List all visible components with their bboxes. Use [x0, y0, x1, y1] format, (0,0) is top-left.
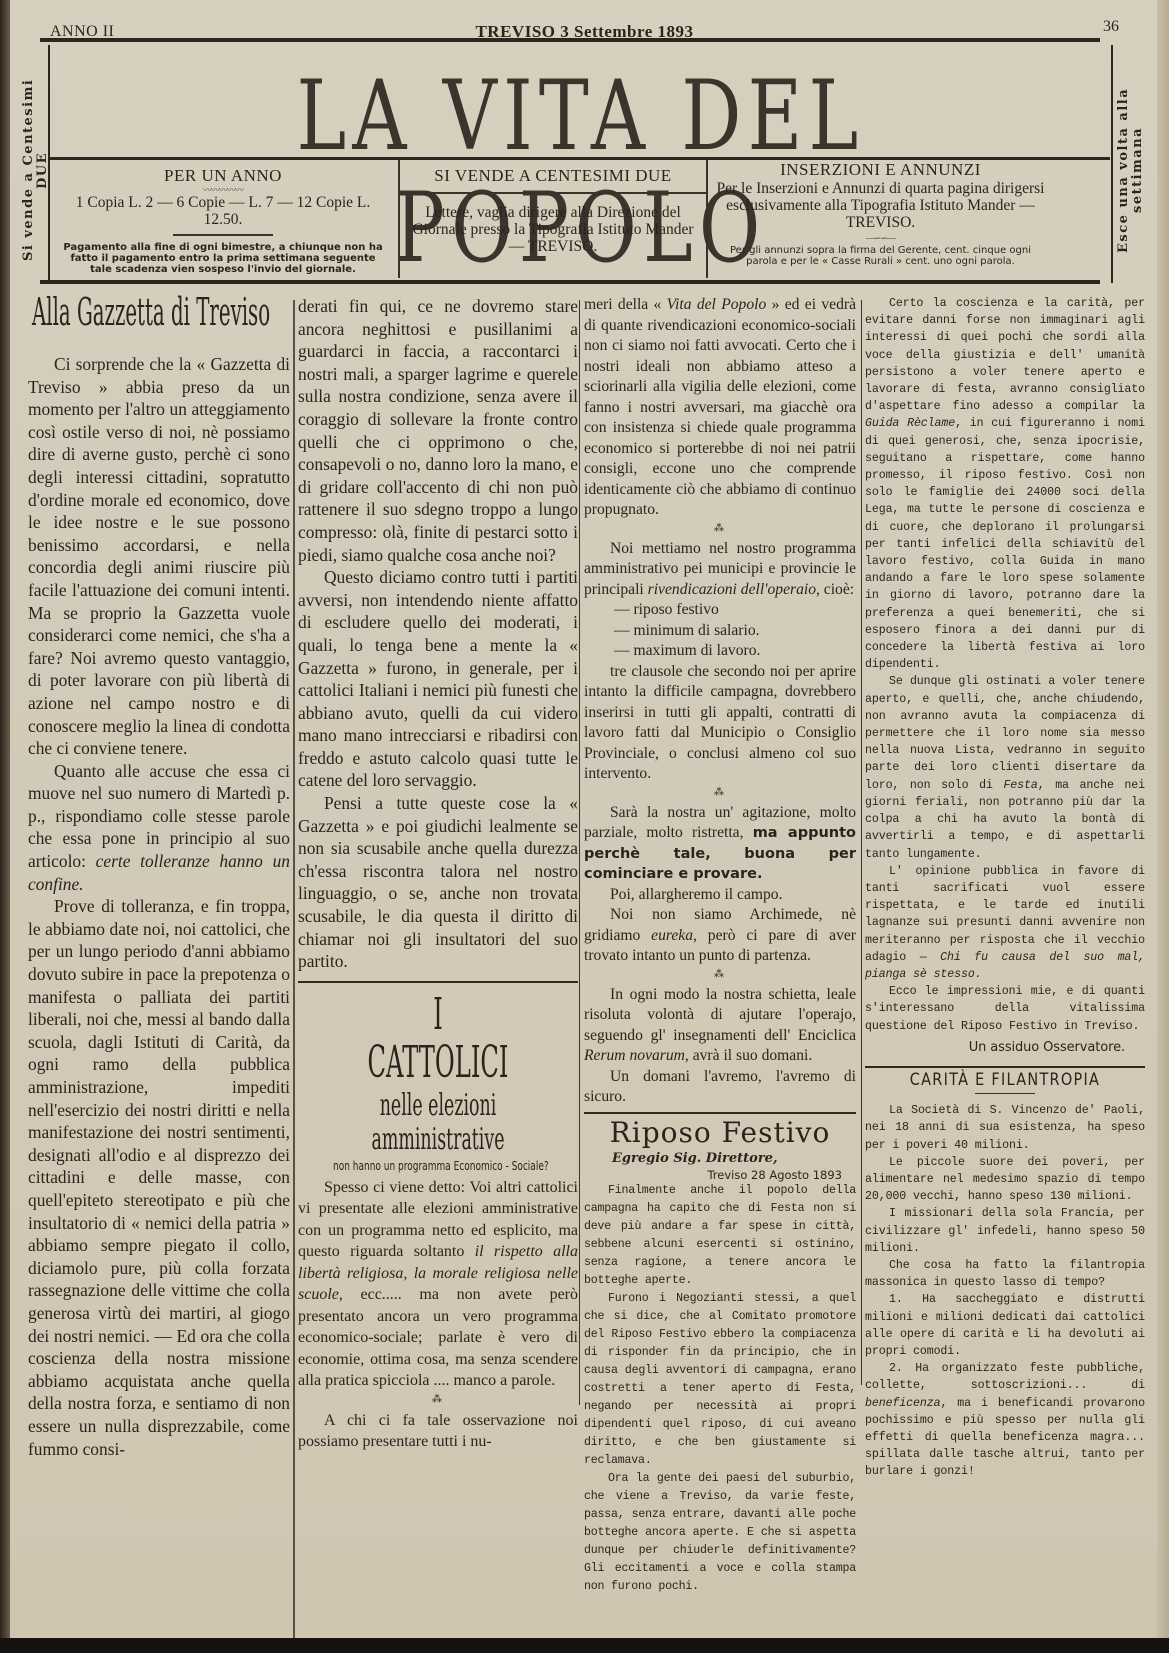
- headline-carita: CARITÀ E FILANTROPIA: [886, 1072, 1124, 1089]
- paragraph: Questo diciamo contro tutti i partiti av…: [298, 566, 578, 792]
- section-rule: [865, 1066, 1145, 1068]
- subscription-prices: 1 Copia L. 2 — 6 Copie — L. 7 — 12 Copie…: [58, 194, 388, 228]
- column-rule: [579, 300, 580, 1405]
- paragraph: 1. Ha saccheggiato e distrutti milioni e…: [865, 1291, 1145, 1360]
- paragraph: Noi non siamo Archimede, nè gridiamo eur…: [584, 905, 856, 967]
- column-3: meri della « Vita del Popolo » ed ei ved…: [584, 295, 856, 1596]
- asterism: ⁂: [584, 525, 856, 533]
- paragraph: I missionari della sola Francia, per civ…: [865, 1205, 1145, 1257]
- paragraph: Furono i Negozianti stessi, a quel che s…: [584, 1290, 856, 1470]
- asterism: ⁂: [298, 1396, 578, 1404]
- paragraph: Prove di tolleranza, e fin troppa, le ab…: [28, 895, 290, 1460]
- subscription-box: PER UN ANNO 〰〰〰〰〰 1 Copia L. 2 — 6 Copie…: [58, 160, 388, 278]
- paragraph: Se dunque gli ostinati a voler tenere ap…: [865, 673, 1145, 862]
- paragraph: Quanto alle accuse che essa ci muove nel…: [28, 760, 290, 896]
- asterism: ⁂: [584, 789, 856, 797]
- top-rule: [40, 38, 1100, 42]
- asterism: ⁂: [584, 971, 856, 979]
- paragraph: Noi mettiamo nel nostro programma ammini…: [584, 539, 856, 601]
- wavy-ornament: 〰〰〰〰〰: [58, 186, 388, 194]
- paragraph: tre clausole che secondo noi per aprire …: [584, 662, 856, 785]
- signature: Un assiduo Osservatore.: [865, 1039, 1145, 1056]
- paragraph: Spesso ci viene detto: Voi altri cattoli…: [298, 1177, 578, 1392]
- kicker: non hanno un programma Economico - Socia…: [333, 1157, 543, 1175]
- divider: [173, 234, 273, 236]
- scan-bottom-edge: [0, 1638, 1169, 1653]
- subscription-note: Pagamento alla fine di ogni bimestre, a …: [58, 242, 388, 275]
- ads-box: INSERZIONI E ANNUNZI Per le Inserzioni e…: [713, 160, 1048, 278]
- subscription-heading: PER UN ANNO: [58, 166, 388, 186]
- price-body: Lettere, vaglia dirigere alla Direzione …: [400, 204, 706, 255]
- masthead-bottom-rule: [40, 280, 1100, 284]
- price-box: SI VENDE A CENTESIMI DUE Lettere, vaglia…: [398, 160, 708, 278]
- newspaper-page: ANNO II TREVISO 3 Settembre 1893 36 Si v…: [10, 0, 1169, 1638]
- headline-gazzetta: Alla Gazzetta di Treviso: [32, 301, 166, 343]
- paragraph: Certo la coscienza e la carità, per evit…: [865, 295, 1145, 673]
- column-4: Certo la coscienza e la carità, per evit…: [865, 295, 1145, 1481]
- list-item: — maximum di lavoro.: [614, 641, 856, 662]
- letter-date: Treviso 28 Agosto 1893: [584, 1168, 856, 1182]
- paragraph: Poi, allargheremo il campo.: [584, 885, 856, 906]
- column-1: Alla Gazzetta di Treviso Ci sorprende ch…: [28, 295, 290, 1460]
- paragraph: Un domani l'avremo, l'avremo di sicuro.: [584, 1067, 856, 1108]
- ads-heading: INSERZIONI E ANNUNZI: [713, 160, 1048, 180]
- riposo-body: Finalmente anche il popolo della campagn…: [584, 1182, 856, 1596]
- section-rule: [298, 981, 578, 983]
- list-item: — minimum di salario.: [614, 621, 856, 642]
- paragraph: 2. Ha organizzato feste pubbliche, colle…: [865, 1360, 1145, 1480]
- ads-body: Per le Inserzioni e Annunzi di quarta pa…: [713, 180, 1048, 231]
- paragraph: Pensi a tutte queste cose la « Gazzetta …: [298, 792, 578, 973]
- section-rule: [584, 1112, 856, 1114]
- column-2: derati fin qui, ce ne dovremo stare anco…: [298, 295, 578, 1453]
- side-label-frequency: Esce una volta alla settimana: [1117, 65, 1147, 275]
- paragraph: Ecco le impressioni mie, e di quanti s'i…: [865, 983, 1145, 1035]
- paragraph: Che cosa ha fatto la filantropia massoni…: [865, 1257, 1145, 1291]
- page-number: 36: [1103, 18, 1119, 36]
- paragraph: In ogni modo la nostra schietta, leale r…: [584, 985, 856, 1067]
- paragraph: Le piccole suore dei poveri, per aliment…: [865, 1154, 1145, 1206]
- paragraph: Sarà la nostra un' agitazione, molto par…: [584, 803, 856, 885]
- paragraph: A chi ci fa tale osservazione noi possia…: [298, 1410, 578, 1453]
- column-rule: [293, 300, 295, 1640]
- masthead: Si vende a Centesimi DUE Esce una volta …: [48, 45, 1113, 283]
- headline-cattolici: I CATTOLICI: [361, 991, 515, 1087]
- paragraph: L' opinione pubblica in favore di tanti …: [865, 863, 1145, 983]
- paragraph: derati fin qui, ce ne dovremo stare anco…: [298, 295, 578, 566]
- paragraph: Ci sorprende che la « Gazzetta di Trevis…: [28, 353, 290, 760]
- ads-note: Per gli annunzi sopra la firma del Geren…: [713, 245, 1048, 267]
- paragraph: La Società di S. Vincenzo de' Paoli, nei…: [865, 1102, 1145, 1154]
- price-heading: SI VENDE A CENTESIMI DUE: [400, 166, 706, 194]
- subheadline-elezioni: nelle elezioni amministrative: [357, 1089, 519, 1157]
- ornament: —∽∽—: [713, 234, 1048, 242]
- divider: [975, 1093, 1035, 1094]
- page-right-edge: [1157, 0, 1169, 1640]
- paragraph: meri della « Vita del Popolo » ed ei ved…: [584, 295, 856, 521]
- column-rule: [861, 300, 862, 1385]
- paragraph: Finalmente anche il popolo della campagn…: [584, 1182, 856, 1290]
- demands-list: — riposo festivo — minimum di salario. —…: [584, 600, 856, 662]
- paragraph: Ora la gente dei paesi del suburbio, che…: [584, 1470, 856, 1596]
- salutation: Egregio Sig. Direttore,: [584, 1150, 856, 1168]
- masthead-info-row: PER UN ANNO 〰〰〰〰〰 1 Copia L. 2 — 6 Copie…: [48, 160, 1113, 280]
- list-item: — riposo festivo: [614, 600, 856, 621]
- headline-riposo: Riposo Festivo: [584, 1116, 856, 1150]
- binding-edge: [0, 0, 10, 1653]
